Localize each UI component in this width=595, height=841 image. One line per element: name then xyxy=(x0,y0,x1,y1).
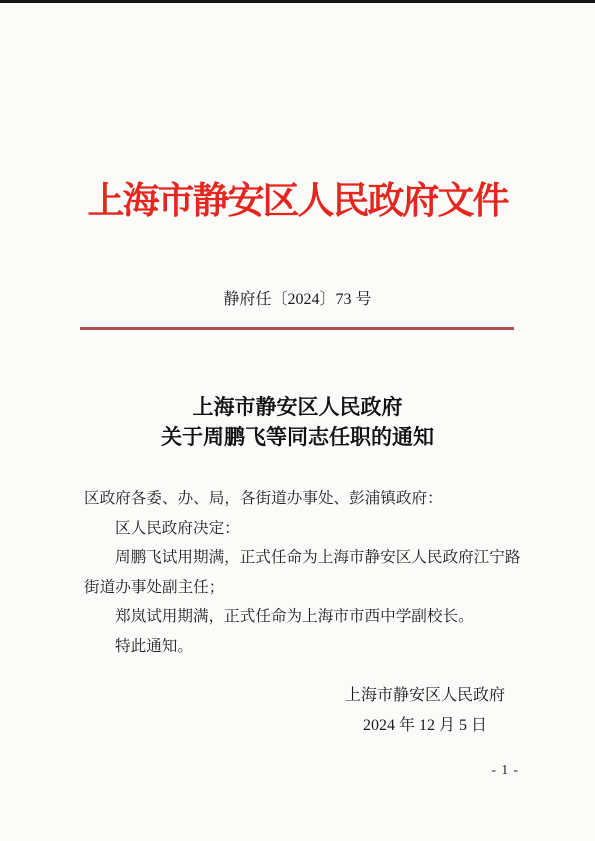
body-line-appointment-1b: 街道办事处副主任； xyxy=(84,573,516,603)
document-page: 上海市静安区人民政府文件 静府任〔2024〕73 号 上海市静安区人民政府 关于… xyxy=(0,0,595,841)
body-line-appointment-1a: 周鹏飞试用期满，正式任命为上海市静安区人民政府江宁路 xyxy=(84,543,516,573)
red-header-title: 上海市静安区人民政府文件 xyxy=(0,170,595,224)
body-line-decision: 区人民政府决定： xyxy=(84,514,516,544)
body-line-closing: 特此通知。 xyxy=(84,632,516,662)
notice-subject-line1: 上海市静安区人民政府 xyxy=(0,392,595,422)
red-divider-line xyxy=(80,327,514,330)
window-top-edge xyxy=(0,0,595,3)
notice-subject: 上海市静安区人民政府 关于周鹏飞等同志任职的通知 xyxy=(0,392,595,452)
notice-body: 区政府各委、办、局，各街道办事处、彭浦镇政府： 区人民政府决定： 周鹏飞试用期满… xyxy=(84,484,516,661)
notice-subject-line2: 关于周鹏飞等同志任职的通知 xyxy=(0,422,595,452)
page-number: - 1 - xyxy=(492,762,520,778)
signature-issuer: 上海市静安区人民政府 xyxy=(320,681,530,711)
body-line-appointment-2: 郑岚试用期满，正式任命为上海市市西中学副校长。 xyxy=(84,602,516,632)
body-line-salutation: 区政府各委、办、局，各街道办事处、彭浦镇政府： xyxy=(84,484,516,514)
document-number: 静府任〔2024〕73 号 xyxy=(0,286,595,309)
signature-block: 上海市静安区人民政府 2024 年 12 月 5 日 xyxy=(320,681,530,741)
signature-date: 2024 年 12 月 5 日 xyxy=(320,711,530,741)
